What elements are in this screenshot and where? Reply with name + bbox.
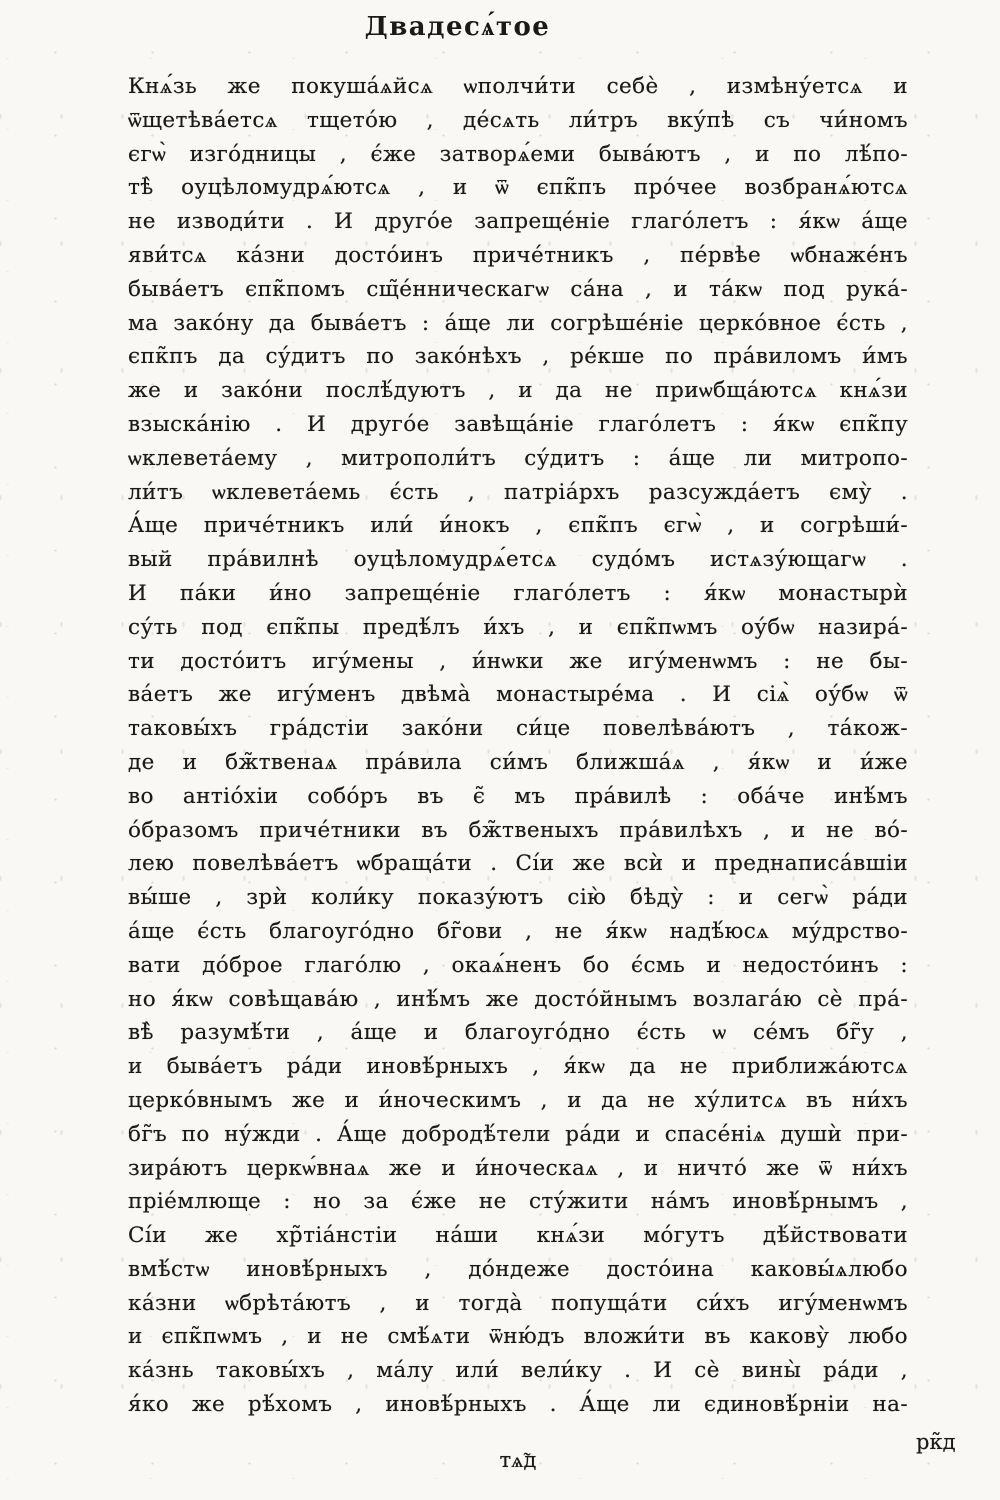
text-line: вати до́брое глаго́лю , окаѧ́ненъ бо є́с… bbox=[128, 949, 908, 983]
text-line: а́ще є́сть благоуго́дно бг̃ови , не я́кѡ… bbox=[128, 915, 908, 949]
text-line: бг̃ъ по ну́жди . А́ще добродѣ́тели ра́ди… bbox=[128, 1118, 908, 1152]
text-line: ти досто́итъ игу́мены , и́нѡки же игу́ме… bbox=[128, 645, 908, 679]
text-line: вы́ше , зрѝ коли́ку показу́ютъ сію̀ бѣду… bbox=[128, 881, 908, 915]
text-line: зира́ютъ церкѡ́внаѧ же и и́ноческаѧ , и … bbox=[128, 1152, 908, 1186]
text-line: и быва́етъ ра́ди иновѣ́рныхъ , я́кѡ да н… bbox=[128, 1050, 908, 1084]
text-line: я́ко же рѣ́хомъ , иновѣ́рныхъ . А́ще ли … bbox=[128, 1388, 908, 1422]
text-line: не изводи́ти . И друго́е запреще́ніе гла… bbox=[128, 205, 908, 239]
text-line: де и бж̃твенаѧ пра́вила си́мъ ближша́ѧ ,… bbox=[128, 746, 908, 780]
text-line: ва́етъ же игу́менъ двѣма̀ монастыре́ма .… bbox=[128, 678, 908, 712]
text-line: єгѡ̀ изго́дницы , є́же затворѧ́еми быва́… bbox=[128, 138, 908, 172]
text-line: И па́ки и́но запреще́ніе глаго́летъ : я́… bbox=[128, 577, 908, 611]
text-line: ка́знь таковы́хъ , ма́лу или́ вели́ку . … bbox=[128, 1354, 908, 1388]
text-line: взыска́нію . И друго́е завѣща́ніе глаго́… bbox=[128, 408, 908, 442]
text-line: лею повелѣва́етъ ѡбраща́ти . Сі́и же всѝ… bbox=[128, 847, 908, 881]
text-line: и єпк̃пѡмъ , и не смѣ́ѧти ѿню́дъ вложи́т… bbox=[128, 1320, 908, 1354]
page-title: Двадесѧ́тое bbox=[0, 12, 915, 42]
text-line: о́бразомъ приче́тники въ бж̃твеныхъ пра́… bbox=[128, 814, 908, 848]
body-text: Кнѧ́зь же покуша́ѧйсѧ ѡполчи́ти себѐ , и… bbox=[128, 70, 908, 1422]
text-line: же и зако́ни послѣ́дуютъ , и да не приѡб… bbox=[128, 374, 908, 408]
text-line: ка́зни ѡбрѣта́ютъ , и тогда̀ попуща́ти с… bbox=[128, 1287, 908, 1321]
text-line: церко́внымъ же и и́ноческимъ , и да не х… bbox=[128, 1084, 908, 1118]
text-line: ѡклевета́ему , митрополи́тъ су́дитъ : а́… bbox=[128, 442, 908, 476]
text-line: но я́кѡ совѣщава́ю , инѣ́мъ же досто́йны… bbox=[128, 983, 908, 1017]
text-line: ѿщетѣва́етсѧ тщето́ю , де́сѧть ли́тръ вк… bbox=[128, 104, 908, 138]
text-line: ли́тъ ѡклевета́емь є́сть , патріа́рхъ ра… bbox=[128, 476, 908, 510]
catchword: тѧ̃д bbox=[128, 1448, 908, 1473]
text-line: Кнѧ́зь же покуша́ѧйсѧ ѡполчи́ти себѐ , и… bbox=[128, 70, 908, 104]
text-line: ма зако́ну да быва́етъ : а́ще ли согрѣше… bbox=[128, 307, 908, 341]
text-line: таковы́хъ гра́дстіи зако́ни си́це повелѣ… bbox=[128, 712, 908, 746]
text-line: во антіо́хіи собо́ръ въ є̃ мъ пра́вилѣ :… bbox=[128, 780, 908, 814]
page-number: рк̃д bbox=[916, 1430, 956, 1454]
text-line: Сі́и же хр̃тіа́нстіи на́ши кнѧ́зи мо́гут… bbox=[128, 1219, 908, 1253]
text-line: єпк̃пъ да су́дитъ по зако́нѣхъ , ре́кше … bbox=[128, 340, 908, 374]
text-line: пріе́млюще : но за є́же не сту́жити на́м… bbox=[128, 1185, 908, 1219]
scanned-book-page: Двадесѧ́тое Кнѧ́зь же покуша́ѧйсѧ ѡполчи… bbox=[0, 0, 1000, 1500]
text-line: тѣ̀ оуцѣломудрѧ́ютсѧ , и ѿ єпк̃пъ про́че… bbox=[128, 171, 908, 205]
text-line: быва́етъ єпк̃помъ сщ̃е́нническагѡ са́на … bbox=[128, 273, 908, 307]
text-line: яви́тсѧ ка́зни досто́инъ приче́тникъ , п… bbox=[128, 239, 908, 273]
text-line: вмѣ́стѡ иновѣ́рныхъ , до́ндеже досто́ина… bbox=[128, 1253, 908, 1287]
text-line: вѣ̀ разумѣ́ти , а́ще и благоуго́дно є́ст… bbox=[128, 1016, 908, 1050]
text-line: А́ще приче́тникъ или́ и́нокъ , єпк̃пъ єг… bbox=[128, 509, 908, 543]
text-line: су́ть под єпк̃пы предѣ́лъ и́хъ , и єпк̃п… bbox=[128, 611, 908, 645]
text-line: вый пра́вилнѣ оуцѣломудрѧ́етсѧ судо́мъ и… bbox=[128, 543, 908, 577]
